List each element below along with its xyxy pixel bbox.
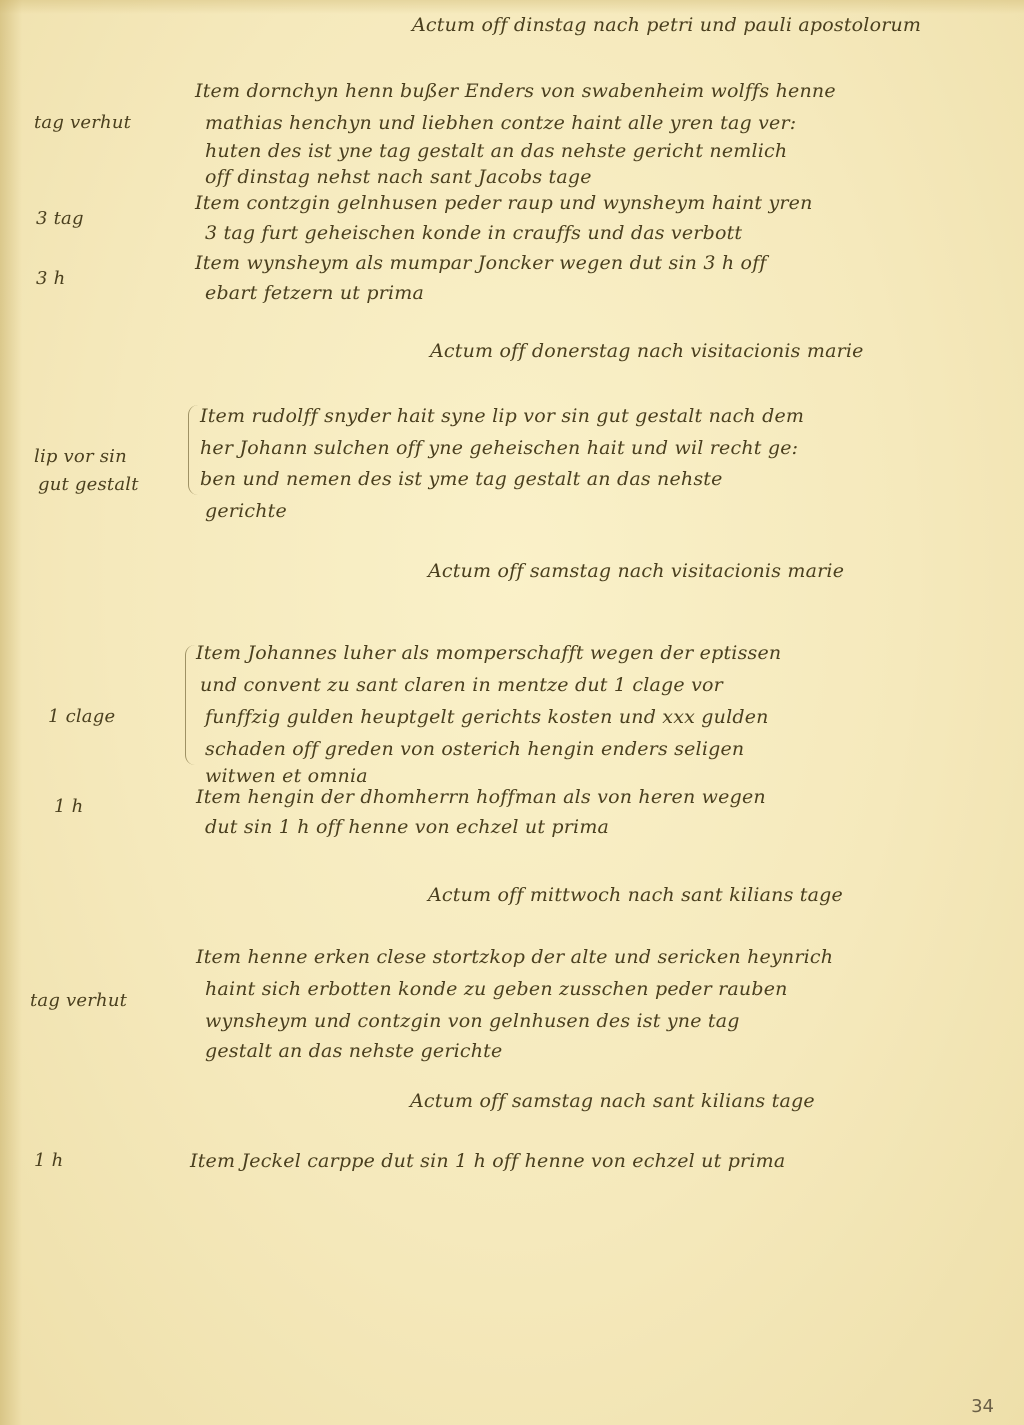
entry-3-line-2: ebart fetzern ut prima — [205, 282, 424, 304]
entry-5-line-1: Item Johannes luher als momperschafft we… — [196, 642, 781, 664]
entry-bracket — [185, 645, 196, 765]
entry-1-line-3: huten des ist yne tag gestalt an das neh… — [205, 140, 787, 162]
entry-5-line-5: witwen et omnia — [205, 765, 368, 787]
entry-4-line-4: gerichte — [205, 500, 287, 522]
folio-number: 34 — [971, 1396, 994, 1417]
margin-note-5: gut gestalt — [38, 474, 139, 495]
entry-4-line-2: her Johann sulchen off yne geheischen ha… — [200, 437, 798, 459]
entry-5-line-3: funffzig gulden heuptgelt gerichts koste… — [205, 706, 769, 728]
session-heading-3: Actum off samstag nach visitacionis mari… — [428, 560, 844, 582]
margin-note-9: 1 h — [34, 1150, 63, 1171]
margin-note-2: 3 tag — [36, 208, 84, 229]
margin-note-7: 1 h — [54, 796, 83, 817]
entry-4-line-1: Item rudolff snyder hait syne lip vor si… — [200, 405, 804, 427]
entry-8-line-1: Item Jeckel carppe dut sin 1 h off henne… — [190, 1150, 785, 1172]
entry-6-line-2: dut sin 1 h off henne von echzel ut prim… — [205, 816, 609, 838]
entry-7-line-2: haint sich erbotten konde zu geben zussc… — [205, 978, 788, 1000]
margin-note-8: tag verhut — [30, 990, 127, 1011]
entry-7-line-1: Item henne erken clese stortzkop der alt… — [196, 946, 833, 968]
page-top-shadow — [0, 0, 1024, 14]
margin-note-3: 3 h — [36, 268, 65, 289]
entry-bracket — [188, 405, 199, 495]
entry-1-line-4: off dinstag nehst nach sant Jacobs tage — [205, 166, 592, 188]
session-heading-1: Actum off dinstag nach petri und pauli a… — [412, 14, 921, 36]
entry-7-line-4: gestalt an das nehste gerichte — [205, 1040, 502, 1062]
session-heading-4: Actum off mittwoch nach sant kilians tag… — [428, 884, 843, 906]
entry-2-line-1: Item contzgin gelnhusen peder raup und w… — [195, 192, 813, 214]
entry-6-line-1: Item hengin der dhomherrn hoffman als vo… — [196, 786, 766, 808]
margin-note-6: 1 clage — [48, 706, 115, 727]
entry-5-line-2: und convent zu sant claren in mentze dut… — [200, 674, 723, 696]
entry-7-line-3: wynsheym und contzgin von gelnhusen des … — [205, 1010, 740, 1032]
manuscript-page: Actum off dinstag nach petri und pauli a… — [0, 0, 1024, 1425]
session-heading-2: Actum off donerstag nach visitacionis ma… — [430, 340, 864, 362]
page-edge-shadow — [0, 0, 22, 1425]
entry-1-line-1: Item dornchyn henn bußer Enders von swab… — [195, 80, 836, 102]
entry-5-line-4: schaden off greden von osterich hengin e… — [205, 738, 744, 760]
margin-note-4: lip vor sin — [34, 446, 127, 467]
entry-1-line-2: mathias henchyn und liebhen contze haint… — [205, 112, 796, 134]
entry-4-line-3: ben und nemen des ist yme tag gestalt an… — [200, 468, 723, 490]
entry-3-line-1: Item wynsheym als mumpar Joncker wegen d… — [195, 252, 767, 274]
margin-note-1: tag verhut — [34, 112, 131, 133]
session-heading-5: Actum off samstag nach sant kilians tage — [410, 1090, 815, 1112]
entry-2-line-2: 3 tag furt geheischen konde in crauffs u… — [205, 222, 742, 244]
